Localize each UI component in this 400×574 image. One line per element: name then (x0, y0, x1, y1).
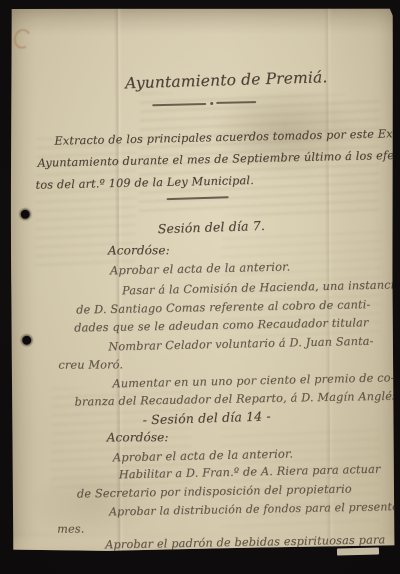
manuscript-line: Nombrar Celador voluntario á D. Juan San… (108, 335, 374, 354)
manuscript-line: Acordóse: (107, 430, 169, 444)
title-underline-dot (210, 102, 213, 105)
punch-hole-top (21, 210, 30, 219)
session-2-heading: - Sesión del día 14 - (142, 408, 271, 427)
manuscript-line: Acordóse: (108, 243, 170, 257)
manuscript-line: Aumentar en un uno por ciento el premio … (112, 371, 394, 390)
punch-hole-bottom (22, 336, 31, 345)
manuscript-line: creu Moró. (58, 358, 123, 371)
manuscript-page: Ayuntamiento de Premiá. Extracto de los … (10, 7, 395, 552)
underlying-page-edge (337, 547, 379, 555)
manuscript-line: mes. (57, 523, 84, 536)
stamp-mark (12, 27, 33, 50)
scanned-document-view: Ayuntamiento de Premiá. Extracto de los … (0, 0, 400, 574)
